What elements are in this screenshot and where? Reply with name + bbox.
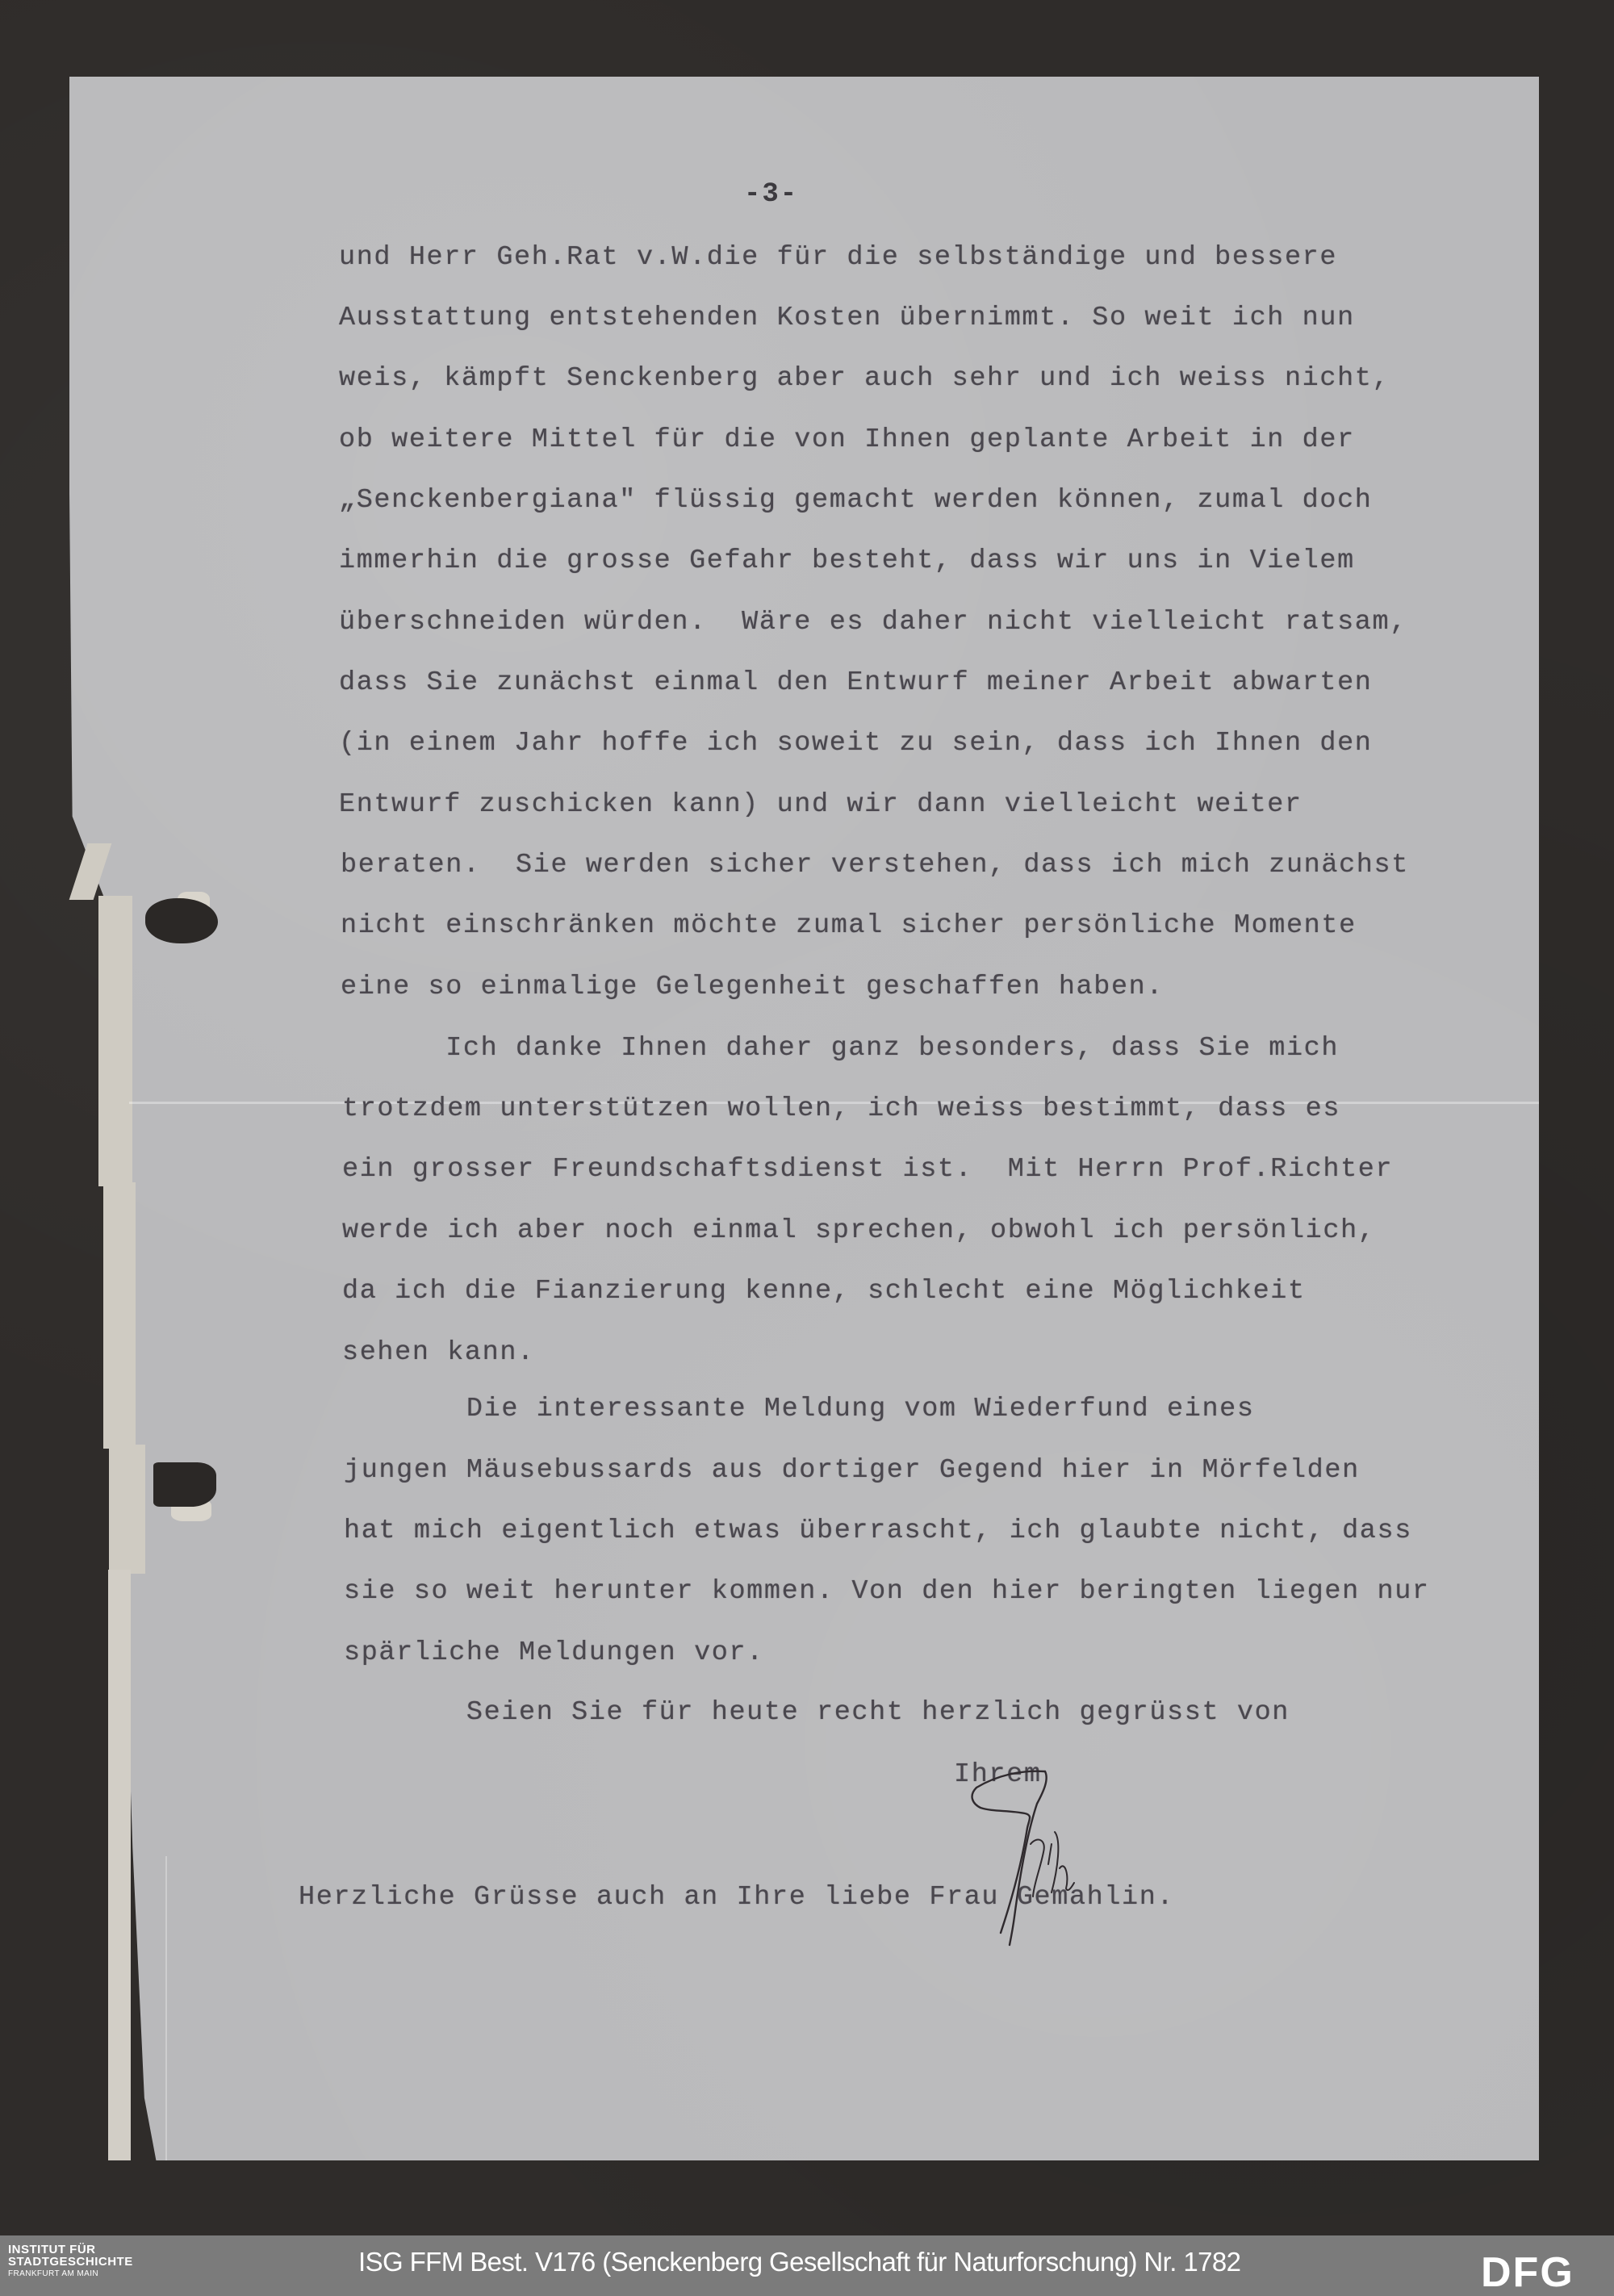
- paper-crease: [165, 1856, 167, 2160]
- text-line: Ich danke Ihnen daher ganz besonders, da…: [341, 1033, 1339, 1064]
- signature: [956, 1755, 1150, 1949]
- text-line: trotzdem unterstützen wollen, ich weiss …: [342, 1094, 1340, 1124]
- archive-footer: INSTITUT FÜR STADTGESCHICHTE FRANKFURT A…: [0, 2235, 1614, 2296]
- left-torn-strip-middle: [103, 1182, 136, 1449]
- text-line: immerhin die grosse Gefahr besteht, dass…: [339, 546, 1355, 576]
- text-line: überschneiden würden. Wäre es daher nich…: [339, 607, 1407, 638]
- institution-line-3: FRANKFURT AM MAIN: [8, 2268, 133, 2280]
- left-torn-strip: [98, 896, 132, 1186]
- institution-line-2: STADTGESCHICHTE: [8, 2256, 133, 2268]
- page-number: -3-: [744, 179, 798, 210]
- text-line: beraten. Sie werden sicher verstehen, da…: [341, 850, 1409, 880]
- institution-logo: INSTITUT FÜR STADTGESCHICHTE FRANKFURT A…: [8, 2244, 133, 2280]
- text-line: dass Sie zunächst einmal den Entwurf mei…: [339, 667, 1373, 698]
- left-torn-strip-lower: [109, 1445, 145, 1574]
- text-line: Entwurf zuschicken kann) und wir dann vi…: [339, 789, 1302, 820]
- text-line: sie so weit herunter kommen. Von den hie…: [344, 1576, 1430, 1607]
- text-line: nicht einschränken möchte zumal sicher p…: [341, 910, 1357, 941]
- text-line: da ich die Fianzierung kenne, schlecht e…: [342, 1276, 1306, 1307]
- text-line: Seien Sie für heute recht herzlich gegrü…: [344, 1697, 1290, 1728]
- institution-line-1: INSTITUT FÜR: [8, 2244, 133, 2256]
- text-line: Die interessante Meldung vom Wiederfund …: [344, 1394, 1255, 1424]
- text-line: ob weitere Mittel für die von Ihnen gepl…: [339, 424, 1355, 455]
- text-line: spärliche Meldungen vor.: [344, 1637, 764, 1668]
- punch-hole-lower: [153, 1462, 216, 1507]
- text-line: sehen kann.: [342, 1337, 535, 1368]
- postscript-line: Herzliche Grüsse auch an Ihre liebe Frau…: [299, 1882, 1174, 1913]
- text-line: hat mich eigentlich etwas überrascht, ic…: [344, 1516, 1412, 1546]
- text-line: weis, kämpft Senckenberg aber auch sehr …: [339, 363, 1390, 394]
- text-line: werde ich aber noch einmal sprechen, obw…: [342, 1215, 1376, 1246]
- dfg-logo: DFG: [1481, 2252, 1574, 2294]
- text-line: jungen Mäusebussards aus dortiger Gegend…: [344, 1455, 1360, 1486]
- text-line: „Senckenbergiana" flüssig gemacht werden…: [339, 485, 1373, 516]
- text-line: (in einem Jahr hoffe ich soweit zu sein,…: [339, 728, 1373, 759]
- archive-reference-title: ISG FFM Best. V176 (Senckenberg Gesellsc…: [358, 2247, 1240, 2277]
- text-line: ein grosser Freundschaftsdienst ist. Mit…: [342, 1154, 1393, 1185]
- text-line: eine so einmalige Gelegenheit geschaffen…: [341, 972, 1164, 1002]
- text-line: und Herr Geh.Rat v.W.die für die selbstä…: [339, 242, 1337, 273]
- left-torn-strip-bottom: [108, 1570, 131, 2160]
- text-line: Ausstattung entstehenden Kosten übernimm…: [339, 303, 1355, 333]
- punch-hole-upper: [145, 898, 218, 943]
